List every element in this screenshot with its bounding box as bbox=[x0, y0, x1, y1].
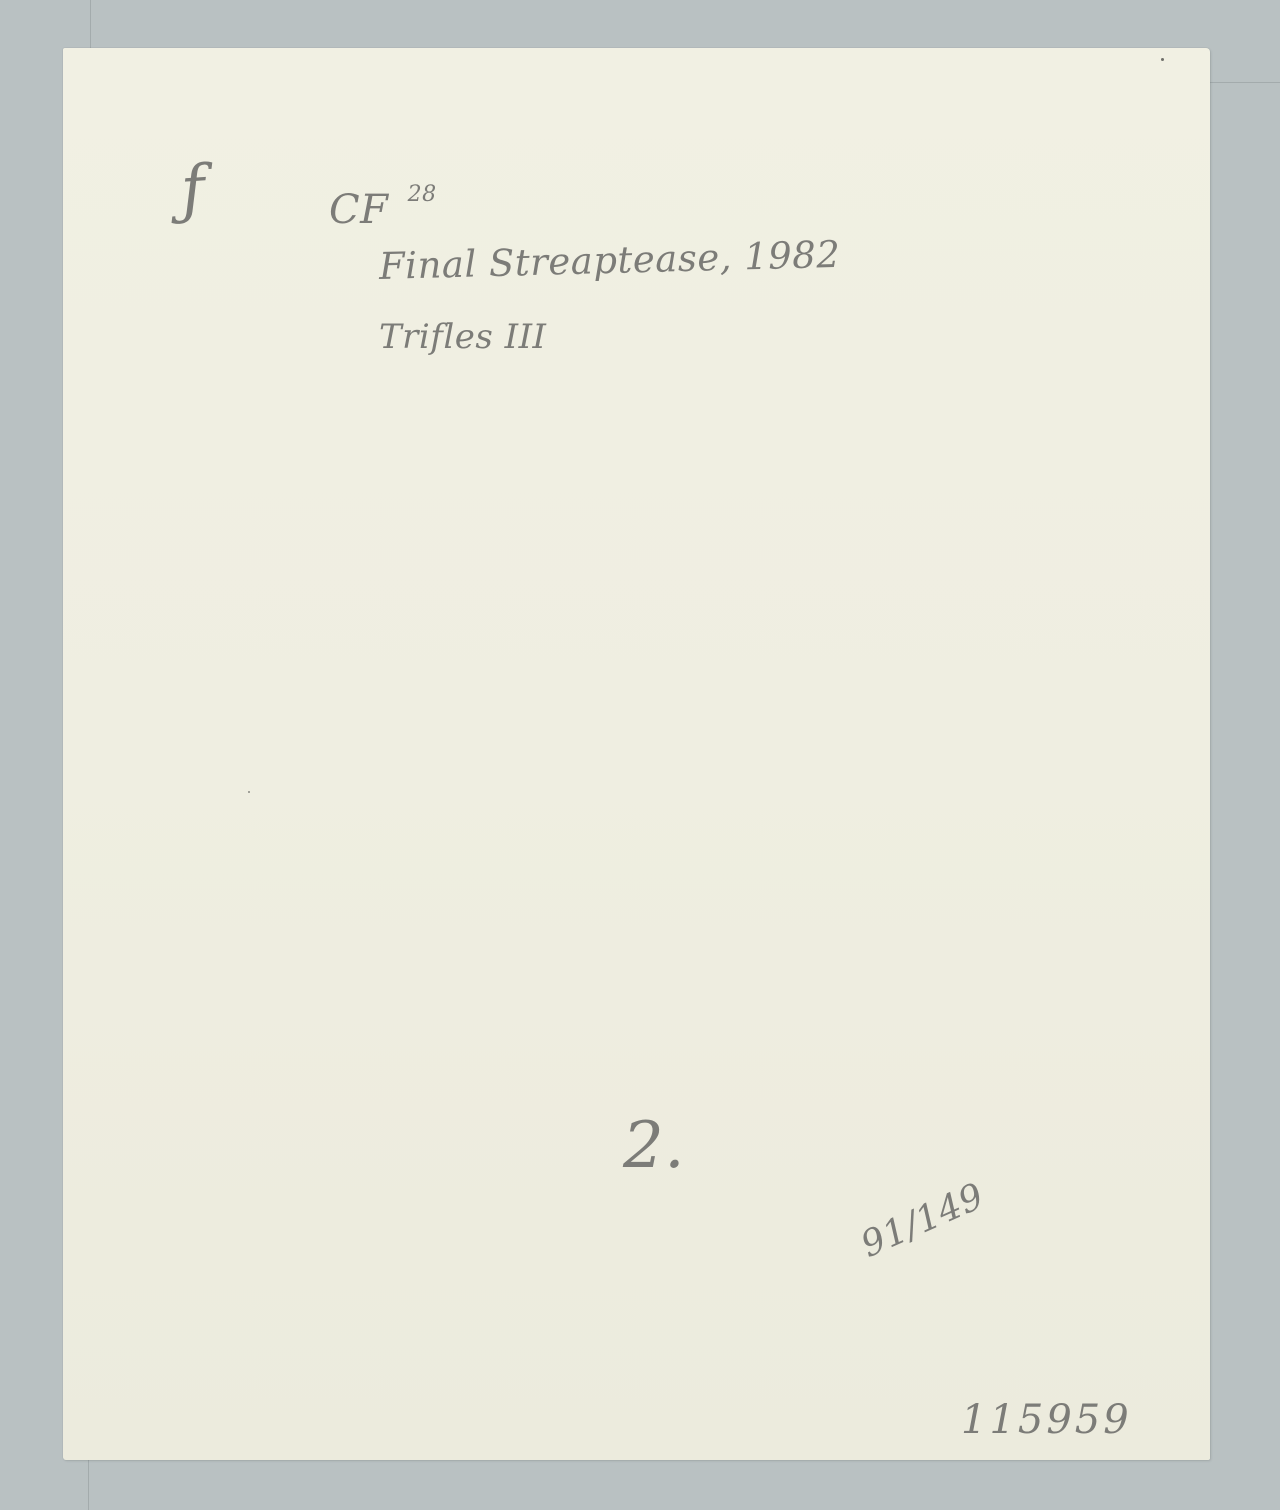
paper-speck bbox=[248, 791, 250, 793]
title-line: Final Streaptease, 1982 bbox=[379, 236, 841, 285]
catalog-code: CF 28 bbox=[329, 190, 437, 230]
catalog-number: 28 bbox=[408, 182, 437, 207]
catalog-code-letters: CF bbox=[329, 187, 388, 233]
corner-mark: ƒ bbox=[179, 157, 208, 223]
sheet-number: 2. bbox=[623, 1114, 685, 1178]
fraction-number: 91/149 bbox=[856, 1178, 989, 1264]
background-guide-line-right bbox=[1210, 82, 1280, 83]
background-guide-line-bottom bbox=[88, 1460, 89, 1510]
photo-verso-sheet: ƒ CF 28 Final Streaptease, 1982 Trifles … bbox=[63, 48, 1210, 1460]
series-line: Trifles III bbox=[379, 320, 546, 354]
inventory-number: 115959 bbox=[961, 1400, 1132, 1440]
paper-speck bbox=[1161, 58, 1164, 61]
background-guide-line-top bbox=[90, 0, 91, 50]
